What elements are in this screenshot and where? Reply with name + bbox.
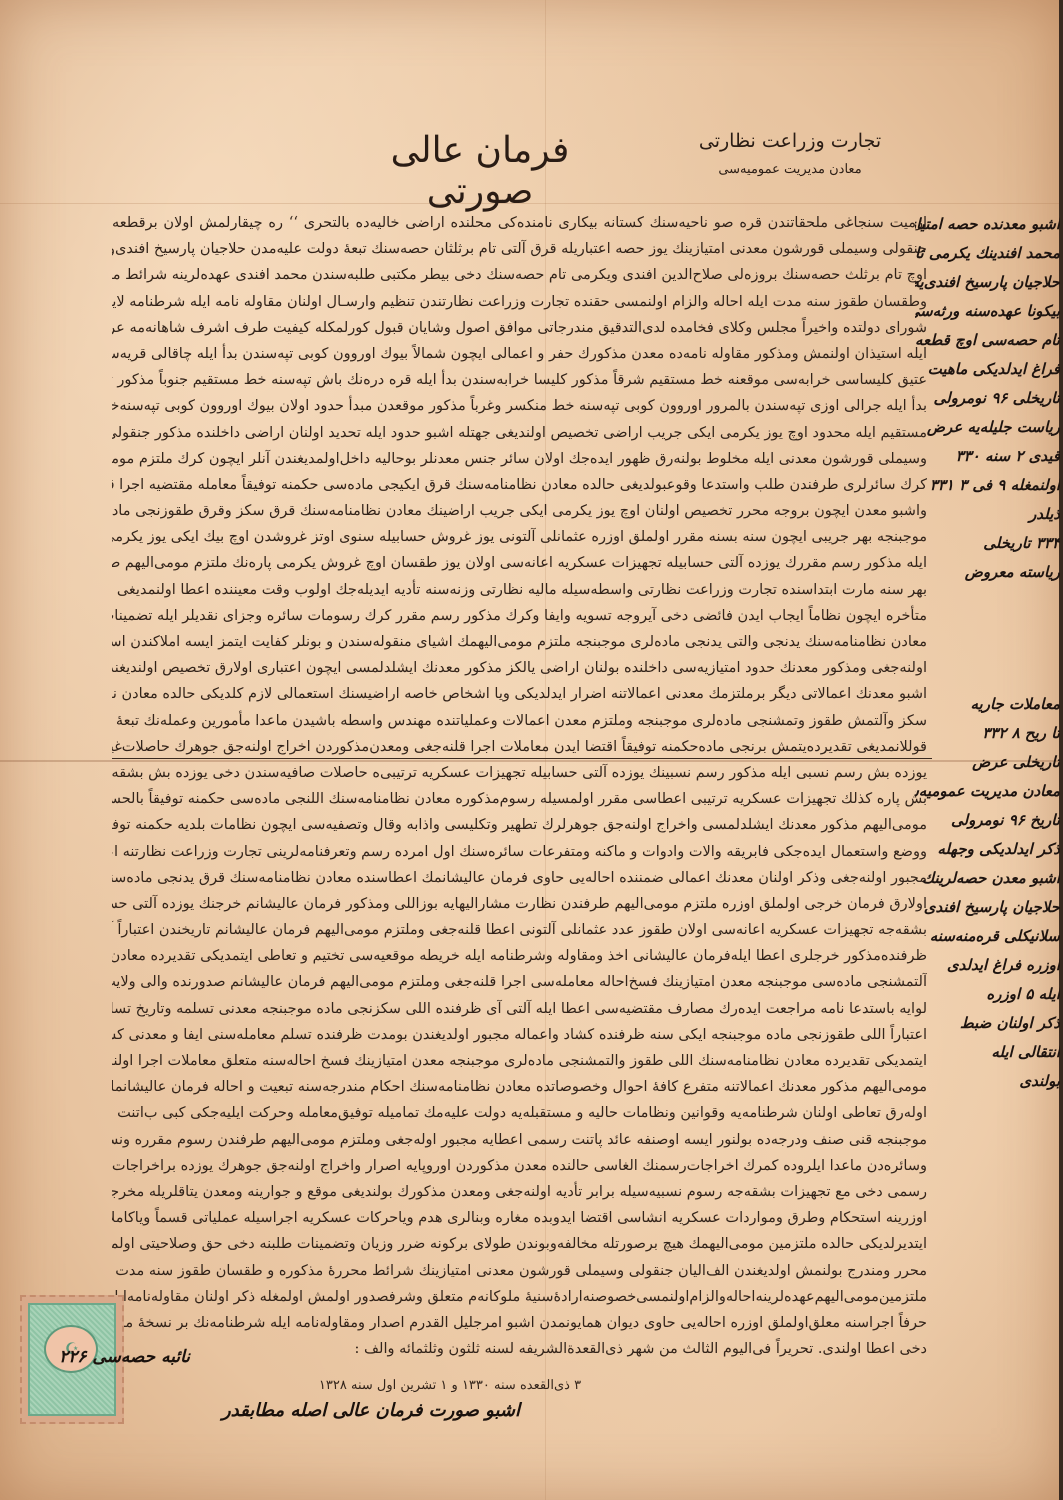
decree-body-text: ازمیت سنجاغی ملحقاتندن قره صو ناحیه‌سنك …	[112, 210, 927, 1362]
body-text-line: ظرفنده‌مذكور خرجلری اعطا ایله‌فرمان عالی…	[112, 943, 927, 969]
body-text-line: سكز وآلتمش طقوز وتمشنجی ماده‌لری موجبنجه…	[112, 708, 927, 734]
margin-note-line: بولندی	[915, 1067, 1060, 1096]
margin-note-line: اولنمغله ۹ فی ۳ ۳۳۱	[915, 471, 1060, 500]
margin-note-line: ذكر ایدلدیكی وجهله	[915, 835, 1060, 864]
body-text-line: اشبو معدنك اعمالاتی دیگر برملتزمك معدنی …	[112, 681, 927, 707]
body-text-line: اوزرینه استحكام وطرق ومواردات عسكریه انش…	[112, 1205, 927, 1231]
margin-note-line: حلاجیان پارسیخ افندی‌یه	[915, 268, 1060, 297]
margin-note-line: ریاسته معروض	[915, 558, 1060, 587]
body-text-line: واشبو معدن ایچون بروجه محرر تخصیص اولنان…	[112, 498, 927, 524]
body-text-line: ایتمدیكی تقدیرده معادن نظامنامه‌سنك اللی…	[112, 1048, 927, 1074]
body-text-line: رسمی دخی مع تجهیزات بشقه‌جه رسوم نسبیه‌س…	[112, 1179, 927, 1205]
body-text-line: اوله‌رق تعاطی اولنان شرطنامه‌یه وقوانین …	[112, 1100, 927, 1126]
body-text-line: آلتمشنجی ماده‌سی موجبنجه معدن امتیازینك …	[112, 969, 927, 995]
margin-note-line: قیدی ۲ سنه ۳۳۰	[915, 442, 1060, 471]
margin-note-line: اشبو معدن حصه‌لرینك	[915, 864, 1060, 893]
body-text-line: مومی‌الیهم مذكور معدنك ایشلدلمسی واخراج …	[112, 812, 927, 838]
body-text-line: ایله استیذان اولنمش ومذكور مقاوله نامه‌د…	[112, 341, 927, 367]
body-text-line: معادن نظامنامه‌سنك یدنجی والتی یدنجی ماد…	[112, 629, 927, 655]
body-text-line: عتیق كلیساسی خرابه‌سی موقعنه خط مستقیم ش…	[112, 367, 927, 393]
revenue-stamp: ☪ نائبه حصه‌سی ۲۲۶	[20, 1295, 124, 1424]
body-text-line: بهر سنه مارت ابتداسنده تجارت وزراعت نظار…	[112, 577, 927, 603]
margin-note-line: تاریخلی ۹۶ نومرولی	[915, 384, 1060, 413]
margin-note-line: تا ریح ۸ ۳۳۲	[915, 719, 1060, 748]
body-text-line: مستقیم ایله محدود اوچ یوز یكرمی ایكی جری…	[112, 420, 927, 446]
margin-note-line: تاریخلی عرض	[915, 748, 1060, 777]
body-text-line: ووضع واستعمال ایده‌جكی فابریقه والات واد…	[112, 839, 927, 865]
ministry-name: تجارت وزراعت نظارتی	[670, 130, 910, 152]
body-text-line: ایتدیرلدیكی حالده ملتزمین مومی‌الیهمك هی…	[112, 1231, 927, 1257]
stamp-handwritten-annotation: نائبه حصه‌سی ۲۲۶	[30, 1347, 190, 1367]
margin-note-line: تام حصه‌سی اوچ قطعه	[915, 326, 1060, 355]
body-text-line: شورای دولتده واخیراً مجلس وكلای فخامده ل…	[112, 315, 927, 341]
document-page: تجارت وزراعت نظارتی معادن مدیریت عمومیه‌…	[0, 0, 1063, 1500]
body-text-line: یوزده بش رسم نسبی ایله مذكور رسم نسبینك …	[112, 760, 927, 786]
margin-notes-top: اشبو معدنده حصه امتیازلردهمحمد افندینك ی…	[915, 210, 1060, 587]
body-text-line: دخی اعطا اولندی. تحریراً فی‌الیوم الثالث…	[112, 1336, 927, 1362]
body-text-line: لوایه باستدعا نامه مراجعت ایده‌رك مصارف …	[112, 996, 927, 1022]
margin-note-line: ایله ۵ اوزره	[915, 980, 1060, 1009]
body-text-line: وسیملی قورشون معدنی ایله مخلوط بولنه‌رق …	[112, 446, 927, 472]
date-line: ۳ ذی‌القعده سنه ۱۳۳۰ و ۱ تشرین اول سنه ۱…	[200, 1378, 700, 1393]
margin-note-line: ۳۳۴ تاریخلی	[915, 529, 1060, 558]
body-text-line: ایله مذكور رسم مقررك یوزده آلتی حسابیله …	[112, 550, 927, 576]
body-text-line: مجبور اولنه‌جغی وذكر اولنان معدنك اعمالی…	[112, 865, 927, 891]
document-title: فرمان عالی صورتی	[360, 130, 600, 212]
margin-note-line: تاریخ ۹۶ نومرولی	[915, 806, 1060, 835]
body-text-line: موجبنجه بهر جریبی ایچون سنه بسنه مقرر او…	[112, 524, 927, 550]
margin-note-line: معادن مدیریت عمومیه‌سی	[915, 777, 1060, 806]
body-text-line: بش پاره كذلك تجهیزات عسكریه ترتیبی اعطاس…	[112, 786, 927, 812]
margin-note-line: اشبو معدنده حصه امتیازلرده	[915, 210, 1060, 239]
body-text-line: اعتباراً اللی طقوزنجی ماده موجبنجه ایكی …	[112, 1022, 927, 1048]
body-text-line: متأخره ایچون نظاماً ایجاب ایدن فائضی دخی…	[112, 603, 927, 629]
body-text-line: وطقسان طقوز سنه مدت ایله احاله والزام او…	[112, 289, 927, 315]
body-text-line: محرر ومندرج بولنمش اولدیغندن الف‌الیان ج…	[112, 1258, 927, 1284]
body-text-line: بدأ ایله جرالی اوزی تپه‌سندن بالمرور اور…	[112, 393, 927, 419]
margin-note-line: حلاجیان پارسیخ افندی	[915, 893, 1060, 922]
body-text-line: اوچ تام برثلث حصه‌سنك بروزه‌لی صلاح‌الدی…	[112, 262, 927, 288]
body-text-line: قوللانمدیغی تقدیرده‌یتمش برنجی ماده‌حكمن…	[112, 734, 927, 760]
body-text-line: اولارق فرمان خرجی اولملق اوزره ملتزم موم…	[112, 891, 927, 917]
margin-note-line: ذیلدر	[915, 500, 1060, 529]
margin-note-line: اوزره فراغ ایدلدی	[915, 951, 1060, 980]
body-text-line: موجبنجه قنی صنف ودرجه‌ده بولنور ایسه اوص…	[112, 1127, 927, 1153]
body-text-line: كرك سائرلری طرفندن طلب واستدعا وقوعبولدی…	[112, 472, 927, 498]
margin-note-line: بیكونا عهده‌سنه ورثه‌سی	[915, 297, 1060, 326]
body-text-line: وسائره‌دن ماعدا ایلروده كمرك اخراجات‌رسم…	[112, 1153, 927, 1179]
directorate-name: معادن مدیریت عمومیه‌سی	[670, 162, 910, 177]
body-text-line: اولنه‌جغی ومذكور معدنك حدود امتیازیه‌سی …	[112, 655, 927, 681]
margin-note-line: معاملات جاریه	[915, 690, 1060, 719]
body-text-line: بشقه‌جه تجهیزات عسكریه اعانه‌سی اولان طق…	[112, 917, 927, 943]
body-text-line: جنقولی وسیملی قورشون معدنی امتیازینك یوز…	[112, 236, 927, 262]
margin-note-line: فراغ ایدلدیكی ماهیت	[915, 355, 1060, 384]
margin-note-line: انتقالی ایله	[915, 1038, 1060, 1067]
body-text-line: ازمیت سنجاغی ملحقاتندن قره صو ناحیه‌سنك …	[112, 210, 927, 236]
certification-signature: اشبو صورت فرمان عالی اصله مطابقدر	[140, 1400, 520, 1421]
ministry-header: تجارت وزراعت نظارتی معادن مدیریت عمومیه‌…	[670, 130, 910, 177]
body-text-line: حرفاً اجراسنه معلق‌اولملق اوزره احاله‌یی…	[112, 1310, 927, 1336]
margin-note-line: ریاست جلیله‌یه عرض	[915, 413, 1060, 442]
body-text-line: ملتزمین‌مومی‌الیهم‌عهده‌لرینه‌احاله‌والز…	[112, 1284, 927, 1310]
margin-note-line: سلانیكلی قره‌منه‌سنه	[915, 922, 1060, 951]
body-text-line: مومی‌الیهم مذكور معدنك اعمالاتنه متفرع ك…	[112, 1074, 927, 1100]
margin-note-line: ذكر اولنان ضبط	[915, 1009, 1060, 1038]
margin-notes-middle: معاملات جاریهتا ریح ۸ ۳۳۲تاریخلی عرضمعاد…	[915, 690, 1060, 1096]
strikethrough-line	[112, 758, 932, 759]
margin-note-line: محمد افندینك یكرمی تام حصه‌سی	[915, 239, 1060, 268]
